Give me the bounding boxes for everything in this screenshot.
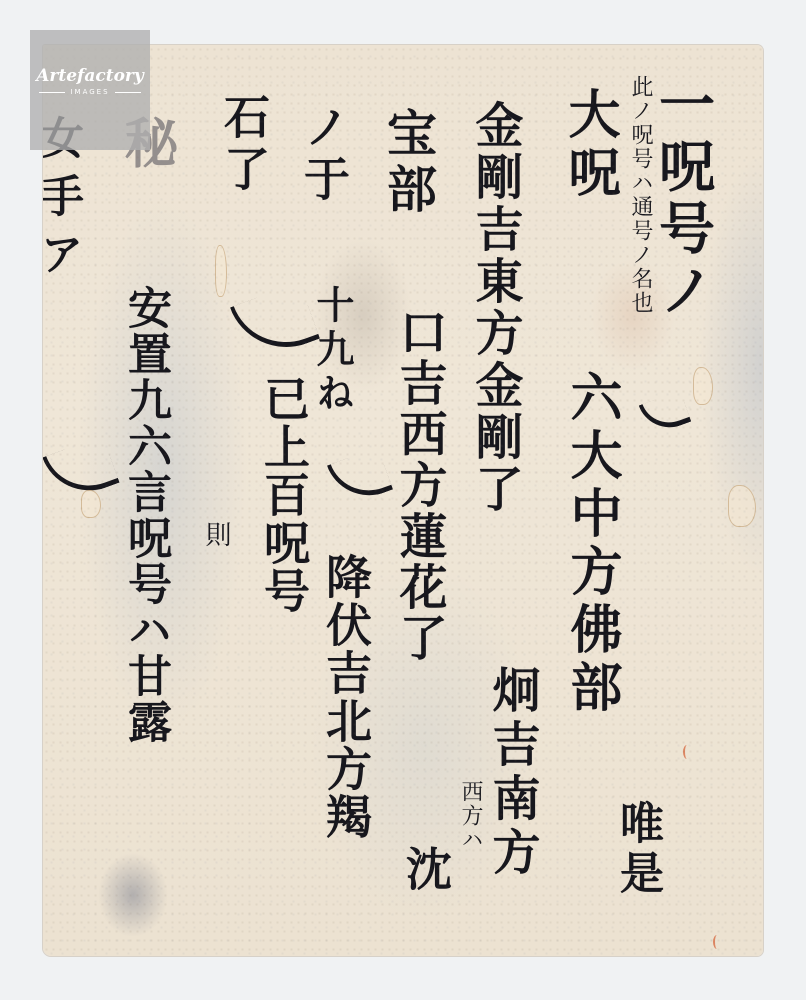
manuscript-paper: 一呪号ノ 此ノ呪号ハ通号ノ名也 大呪 六大中方佛部 金剛吉東方金剛了 炯吉南方 … [43, 45, 763, 956]
text-column-2: 大呪 [563, 87, 615, 203]
ink-flourish [327, 447, 393, 508]
text-column-3: 六大中方佛部 [565, 370, 617, 718]
text-column-12: 已上百呪号 [261, 375, 307, 615]
text-column-9: 降伏吉北方羯 [323, 553, 369, 841]
text-column-1: 一呪号ノ [655, 75, 711, 323]
side-note: 唯是 [615, 800, 659, 900]
paper-damage [215, 245, 227, 297]
text-column-13: 石了 [221, 93, 267, 197]
watermark-subtitle: IMAGES [70, 88, 109, 96]
text-column-6: 口吉西方蓮花了 [395, 307, 443, 664]
gloss-column-1: 此ノ呪号ハ通号ノ名也 [629, 75, 651, 315]
ink-flourish [230, 282, 320, 364]
text-column-10: ノ于 [301, 103, 347, 207]
text-column-8: 沈 [403, 845, 449, 897]
text-column-7: 炯吉南方 [488, 665, 536, 881]
text-column-11: 十九ね [313, 285, 351, 417]
text-column-4: 金剛吉東方金剛了 [471, 100, 519, 516]
watermark-subtitle-row: IMAGES [39, 88, 140, 96]
red-mark [683, 745, 691, 759]
text-column-5: 宝部 [383, 107, 433, 219]
watermark-logo: Artefactory IMAGES [30, 30, 150, 150]
divider [39, 92, 65, 93]
ink-flourish [639, 390, 692, 436]
gloss-column-7: 西方ハ [459, 780, 481, 852]
gloss-column-14: 則 [203, 521, 229, 549]
divider [115, 92, 141, 93]
scan-stage: 一呪号ノ 此ノ呪号ハ通号ノ名也 大呪 六大中方佛部 金剛吉東方金剛了 炯吉南方 … [0, 0, 806, 1000]
paper-damage [693, 367, 713, 405]
paper-damage [728, 485, 756, 527]
text-column-14: 安置九六言呪号ハ甘露 [123, 285, 167, 745]
paper-damage [81, 490, 101, 518]
watermark-title: Artefactory [36, 66, 144, 86]
red-mark [713, 935, 721, 949]
